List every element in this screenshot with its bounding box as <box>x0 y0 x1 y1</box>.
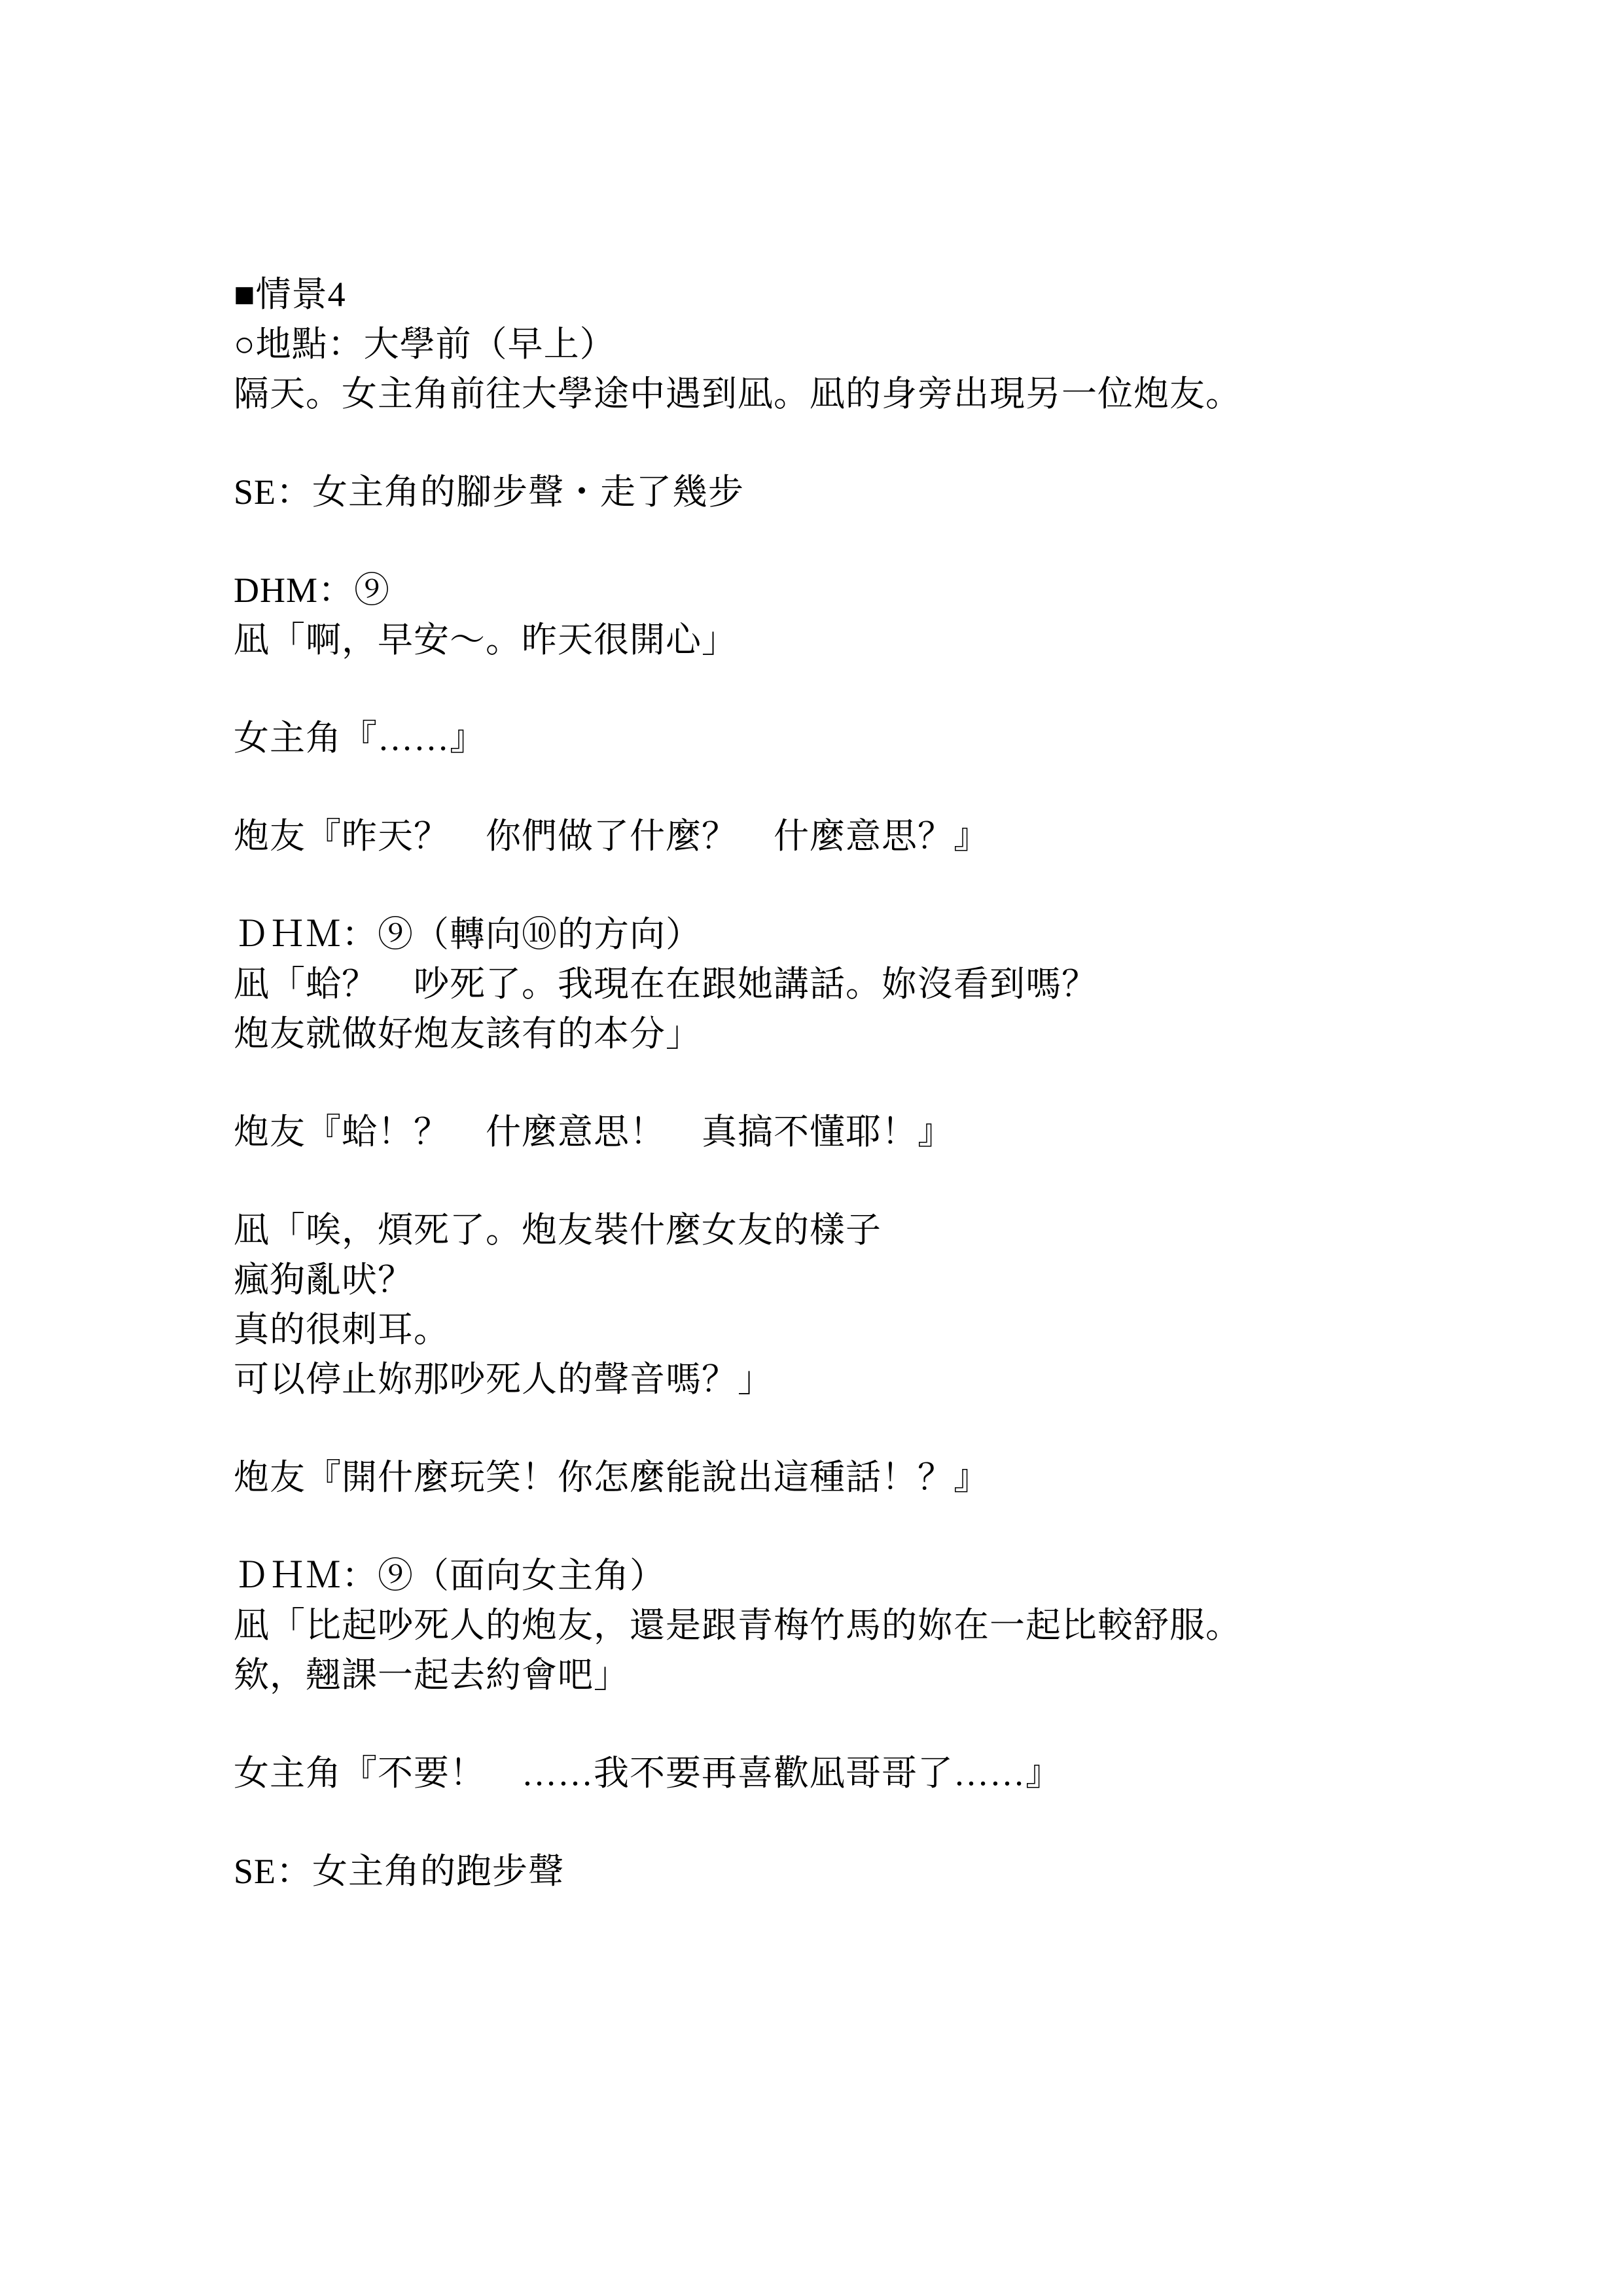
dialogue-line: 女主角『不要！ ……我不要再喜歡凪哥哥了……』 <box>234 1748 1477 1798</box>
dialogue-line: 女主角『……』 <box>234 713 1477 763</box>
scene-header: ■情景4 <box>234 270 1477 319</box>
script-text-block: ■情景4 ○地點：大學前（早上） 隔天。女主角前往大學途中遇到凪。凪的身旁出現另… <box>234 270 1477 1896</box>
dhm-cue-line: ＤＨＭ：⑨（面向女主角） <box>234 1551 1477 1600</box>
dialogue-line: 凪「啊，早安～。昨天很開心」 <box>234 615 1477 665</box>
sound-effect-line: SE：女主角的跑步聲 <box>234 1846 1477 1896</box>
dialogue-line: 炮友『蛤！？ 什麼意思！ 真搞不懂耶！』 <box>234 1107 1477 1157</box>
dialogue-line: 瘋狗亂吠？ <box>234 1255 1477 1305</box>
dialogue-line: 凪「唉，煩死了。炮友裝什麼女友的樣子 <box>234 1205 1477 1255</box>
dialogue-line: 炮友『開什麼玩笑！你怎麼能說出這種話！？』 <box>234 1453 1477 1502</box>
dialogue-line: 真的很刺耳。 <box>234 1305 1477 1354</box>
dialogue-line: 欸，翹課一起去約會吧」 <box>234 1650 1477 1700</box>
sound-effect-line: SE：女主角的腳步聲・走了幾步 <box>234 467 1477 517</box>
dhm-cue-line: DHM：⑨ <box>234 565 1477 615</box>
scene-location: ○地點：大學前（早上） <box>234 319 1477 369</box>
scene-description: 隔天。女主角前往大學途中遇到凪。凪的身旁出現另一位炮友。 <box>234 369 1477 419</box>
dhm-cue-line: ＤＨＭ：⑨（轉向⑩的方向） <box>234 910 1477 959</box>
dialogue-line: 炮友就做好炮友該有的本分」 <box>234 1009 1477 1059</box>
dialogue-line: 凪「比起吵死人的炮友，還是跟青梅竹馬的妳在一起比較舒服。 <box>234 1600 1477 1650</box>
dialogue-line: 凪「蛤？ 吵死了。我現在在跟她講話。妳沒看到嗎？ <box>234 959 1477 1009</box>
dialogue-line: 可以停止妳那吵死人的聲音嗎？」 <box>234 1354 1477 1404</box>
dialogue-line: 炮友『昨天？ 你們做了什麼？ 什麼意思？』 <box>234 811 1477 861</box>
script-page: ■情景4 ○地點：大學前（早上） 隔天。女主角前往大學途中遇到凪。凪的身旁出現另… <box>0 0 1623 2296</box>
